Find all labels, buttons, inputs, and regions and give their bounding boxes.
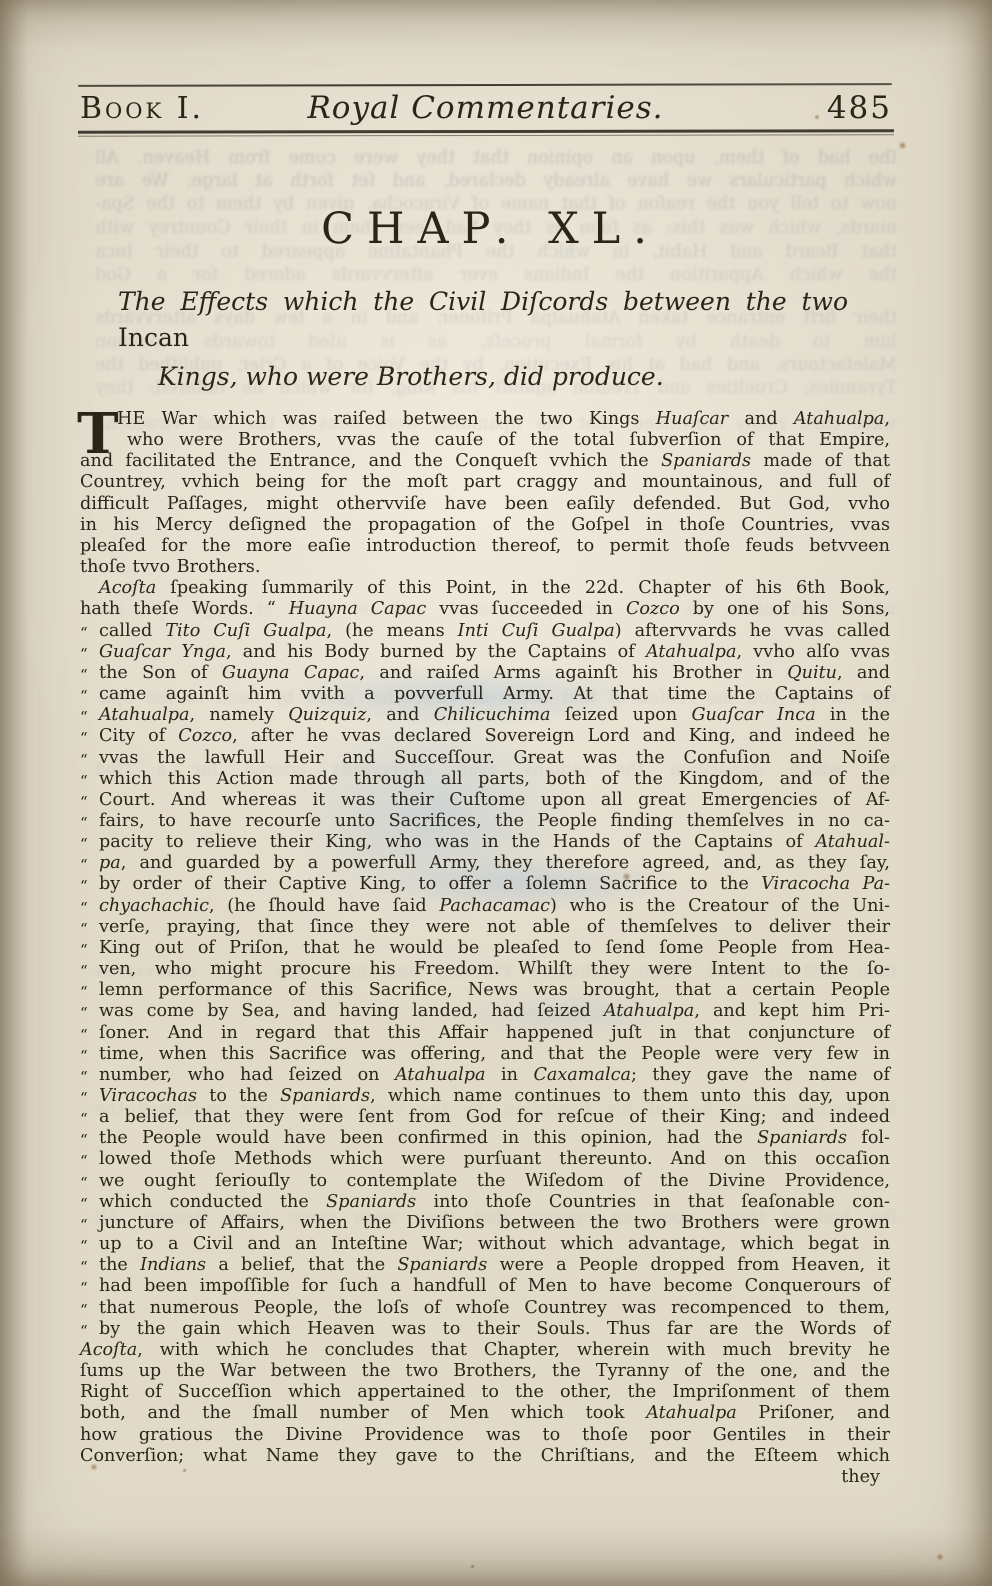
body-line: “time, when this Sacrifice was offering,… bbox=[99, 1044, 890, 1065]
foxing-spot bbox=[898, 141, 907, 150]
body-line: Acoſta ſpeaking ſummarily of this Point,… bbox=[80, 578, 890, 599]
running-title: Royal Commentaries. bbox=[204, 90, 827, 126]
roman-text: thoſe tvvo Brothers. bbox=[80, 557, 260, 577]
italic-text: Acoſta bbox=[99, 578, 156, 598]
roman-text: King out of Priſon, that he would be ple… bbox=[99, 938, 890, 958]
roman-text: Countrey, vvhich being for the moſt part… bbox=[80, 472, 890, 492]
margin-quote-mark: “ bbox=[80, 855, 86, 876]
roman-text: ſoner. And in regard that this Affair ha… bbox=[99, 1023, 890, 1043]
body-line: Acoſta, with which he concludes that Cha… bbox=[80, 1340, 890, 1361]
margin-quote-mark: “ bbox=[80, 1109, 86, 1130]
roman-text: the bbox=[99, 1255, 140, 1275]
body-line: “the Indians a belief, that the Spaniard… bbox=[99, 1255, 890, 1276]
roman-text: lemn performance of this Sacrifice, News… bbox=[99, 980, 890, 1000]
italic-text: Atahualpa bbox=[99, 705, 190, 725]
margin-quote-mark: “ bbox=[80, 728, 86, 749]
roman-text: by one of his Sons, bbox=[680, 599, 890, 619]
margin-quote-mark: “ bbox=[80, 1046, 86, 1067]
italic-text: Acoſta bbox=[80, 1340, 137, 1360]
body-line: who were Brothers, vvas the cauſe of the… bbox=[127, 430, 890, 451]
body-text: T HE War which was raiſed between the tw… bbox=[80, 409, 890, 1488]
foxing-spot bbox=[936, 1553, 944, 1561]
margin-quote-mark: “ bbox=[80, 644, 86, 665]
body-line: “juncture of Affairs, when the Diviſions… bbox=[99, 1213, 890, 1234]
roman-text: a belief, that they were ſent from God f… bbox=[99, 1107, 890, 1127]
roman-text: in his Mercy deſigned the propagation of… bbox=[80, 515, 890, 535]
margin-quote-mark: “ bbox=[80, 623, 86, 644]
chapter-heading: CHAP. XL. bbox=[78, 204, 890, 254]
body-line: “verſe, praying, that ſince they were no… bbox=[99, 917, 890, 938]
roman-text: pleaſed for the more eaſie introduction … bbox=[80, 536, 890, 556]
catchword: they bbox=[80, 1467, 890, 1488]
italic-text: Kings, who were Brothers, did produce. bbox=[158, 362, 664, 391]
italic-text: Viracochas bbox=[99, 1086, 197, 1106]
roman-text: , which name continues to them unto this… bbox=[370, 1086, 890, 1106]
roman-text: difficult Paſſages, might othervviſe hav… bbox=[80, 494, 890, 514]
italic-text: Atahual- bbox=[815, 832, 890, 852]
roman-text: number, who had ſeized on bbox=[99, 1065, 395, 1085]
body-line: “a belief, that they were ſent from God … bbox=[99, 1107, 890, 1128]
roman-text: , and raiſed Arms againſt his Brother in bbox=[359, 663, 787, 683]
margin-quote-mark: “ bbox=[80, 876, 86, 897]
italic-text: Spaniards bbox=[397, 1255, 487, 1275]
roman-text: in bbox=[486, 1065, 534, 1085]
margin-quote-mark: “ bbox=[80, 919, 86, 940]
roman-text: by order of their Captive King, to offer… bbox=[99, 874, 761, 894]
roman-text: and bbox=[728, 409, 794, 429]
body-line: and facilitated the Entrance, and the Co… bbox=[80, 451, 890, 472]
roman-text: , vvho alſo vvas bbox=[736, 642, 890, 662]
italic-text: Atahualpa bbox=[604, 1001, 695, 1021]
roman-text: called bbox=[99, 621, 165, 641]
italic-text: Cozco bbox=[626, 599, 680, 619]
italic-text: Guayna Capac bbox=[222, 663, 360, 683]
roman-text: ſpeaking ſummarily of this Point, in the… bbox=[156, 578, 890, 598]
roman-text: up to a Civil and an Inteſtine War; with… bbox=[99, 1234, 890, 1254]
italic-text: Guaſcar Ynga bbox=[99, 642, 226, 662]
roman-text: pacity to relieve their King, who was in… bbox=[99, 832, 815, 852]
subtitle-line: Kings, who were Brothers, did produce. bbox=[158, 359, 848, 395]
body-line: how gratious the Divine Providence was t… bbox=[80, 1425, 890, 1446]
roman-text: ſeized upon bbox=[551, 705, 692, 725]
italic-text: Viracocha Pa- bbox=[761, 874, 890, 894]
body-line: “we ought ſeriouſly to contemplate the W… bbox=[99, 1171, 890, 1192]
margin-quote-mark: “ bbox=[80, 940, 86, 961]
margin-quote-mark: “ bbox=[80, 1321, 86, 1342]
italic-text: Pachacamac bbox=[439, 896, 550, 916]
roman-text: had been impoſſible for ſuch a handfull … bbox=[99, 1276, 890, 1296]
roman-text: Incan bbox=[118, 323, 189, 352]
roman-text: juncture of Affairs, when the Diviſions … bbox=[99, 1213, 890, 1233]
italic-text: chyachachic bbox=[99, 896, 209, 916]
margin-quote-mark: “ bbox=[80, 898, 86, 919]
body-line: difficult Paſſages, might othervviſe hav… bbox=[80, 494, 890, 515]
roman-text: , and his Body burned by the Captains of bbox=[226, 642, 646, 662]
margin-quote-mark: “ bbox=[80, 1300, 86, 1321]
margin-quote-mark: “ bbox=[80, 1194, 86, 1215]
body-line: “by the gain which Heaven was to their S… bbox=[99, 1319, 890, 1340]
roman-text: time, when this Sacrifice was offering, … bbox=[99, 1044, 890, 1064]
roman-text: , and kept him Pri- bbox=[694, 1001, 890, 1021]
roman-text: the People would have been confirmed in … bbox=[99, 1128, 757, 1148]
body-line: “which this Action made through all part… bbox=[99, 769, 890, 790]
body-line: “Court. And whereas it was their Cuſtome… bbox=[99, 790, 890, 811]
body-line: “Guaſcar Ynga, and his Body burned by th… bbox=[99, 642, 890, 663]
roman-text: Priſoner, and bbox=[737, 1403, 890, 1423]
italic-text: Caxamalca bbox=[533, 1065, 631, 1085]
roman-text: to the bbox=[197, 1086, 280, 1106]
roman-text: , and bbox=[366, 705, 433, 725]
body-line: “chyachachic, (he ſhould have ſaid Pacha… bbox=[99, 896, 890, 917]
body-line: Converſion; what Name they gave to the C… bbox=[80, 1446, 890, 1467]
roman-text: ; they gave the name of bbox=[631, 1065, 890, 1085]
body-line: hath theſe Words. “ Huayna Capac vvas ſu… bbox=[80, 599, 890, 620]
roman-text: ven, who might procure his Freedom. Whil… bbox=[99, 959, 890, 979]
roman-text: Court. And whereas it was their Cuſtome … bbox=[99, 790, 890, 810]
margin-quote-mark: “ bbox=[80, 1088, 86, 1109]
roman-text: that numerous People, the loſs of whoſe … bbox=[99, 1298, 890, 1318]
book-label: Book I. bbox=[80, 91, 204, 126]
margin-quote-mark: “ bbox=[80, 1173, 86, 1194]
body-line: ſums up the War between the two Brothers… bbox=[80, 1361, 890, 1382]
italic-text: Indians bbox=[140, 1255, 206, 1275]
roman-text: a belief, that the bbox=[206, 1255, 397, 1275]
roman-text: ) who is the Creatour of the Uni- bbox=[550, 896, 890, 916]
body-line: “that numerous People, the loſs of whoſe… bbox=[99, 1298, 890, 1319]
body-line: “ſoner. And in regard that this Affair h… bbox=[99, 1023, 890, 1044]
margin-quote-mark: “ bbox=[80, 1025, 86, 1046]
italic-text: The Effects which the Civil Diſcords bet… bbox=[118, 287, 848, 316]
margin-quote-mark: “ bbox=[80, 665, 86, 686]
roman-text: made of that bbox=[751, 451, 890, 471]
body-line: thoſe tvvo Brothers. bbox=[80, 557, 890, 578]
italic-text: Tito Cuſi Gualpa bbox=[165, 621, 326, 641]
margin-quote-mark: “ bbox=[80, 1151, 86, 1172]
body-line: “number, who had ſeized on Atahualpa in … bbox=[99, 1065, 890, 1086]
roman-text: fairs, to have recourſe unto Sacrifices,… bbox=[99, 811, 890, 831]
body-line: “lowed thoſe Methods which were purſuant… bbox=[99, 1149, 890, 1170]
roman-text: both, and the ſmall number of Men which … bbox=[80, 1403, 646, 1423]
roman-text: , and bbox=[837, 663, 890, 683]
italic-text: Guaſcar Inca bbox=[692, 705, 816, 725]
body-line: “fairs, to have recourſe unto Sacrifices… bbox=[99, 811, 890, 832]
italic-text: Huayna Capac bbox=[289, 599, 427, 619]
body-line: “the Son of Guayna Capac, and raiſed Arm… bbox=[99, 663, 890, 684]
roman-text: we ought ſeriouſly to contemplate the Wi… bbox=[99, 1171, 890, 1191]
italic-text: Atahualpa bbox=[395, 1065, 486, 1085]
body-line: “the People would have been confirmed in… bbox=[99, 1128, 890, 1149]
margin-quote-mark: “ bbox=[80, 834, 86, 855]
italic-text: Quitu bbox=[787, 663, 837, 683]
italic-text: Cozco bbox=[178, 726, 232, 746]
body-line: in his Mercy deſigned the propagation of… bbox=[80, 515, 890, 536]
roman-text: , (he means bbox=[326, 621, 457, 641]
roman-text: and facilitated the Entrance, and the Co… bbox=[80, 451, 661, 471]
italic-text: Spaniards bbox=[661, 451, 751, 471]
roman-text: vvas ſucceeded in bbox=[426, 599, 626, 619]
body-line: “City of Cozco, after he vvas declared S… bbox=[99, 726, 890, 747]
roman-text: Right of Succeſſion which appertained to… bbox=[80, 1382, 890, 1402]
italic-text: Chilicuchima bbox=[434, 705, 551, 725]
header-rule-top bbox=[78, 83, 892, 87]
bleedthrough-line: which particulars we have already declar… bbox=[95, 171, 897, 191]
roman-text: ) aftervvards he vvas called bbox=[615, 621, 890, 641]
italic-text: Atahualpa bbox=[646, 642, 737, 662]
roman-text: which this Action made through all parts… bbox=[99, 769, 890, 789]
roman-text: they bbox=[841, 1467, 880, 1487]
roman-text: vvas the lawfull Heir and Succeſſour. Gr… bbox=[99, 748, 890, 768]
roman-text: in the bbox=[816, 705, 890, 725]
roman-text: , after he vvas declared Sovereign Lord … bbox=[232, 726, 890, 746]
subtitle-line: The Effects which the Civil Diſcords bet… bbox=[118, 284, 848, 356]
body-line: “Atahualpa, namely Quizquiz, and Chilicu… bbox=[99, 705, 890, 726]
bleedthrough-line: ſhe had of them, upon an opinion that th… bbox=[95, 148, 897, 168]
italic-text: Spaniards bbox=[326, 1192, 416, 1212]
body-line: “ven, who might procure his Freedom. Whi… bbox=[99, 959, 890, 980]
roman-text: the Son of bbox=[99, 663, 222, 683]
body-line: Countrey, vvhich being for the moſt part… bbox=[80, 472, 890, 493]
roman-text: came againſt him vvith a povverfull Army… bbox=[99, 684, 890, 704]
roman-text: , bbox=[884, 409, 890, 429]
chapter-subtitle: The Effects which the Civil Diſcords bet… bbox=[118, 284, 848, 395]
margin-quote-mark: “ bbox=[80, 813, 86, 834]
roman-text: how gratious the Divine Providence was t… bbox=[80, 1425, 890, 1445]
body-line: both, and the ſmall number of Men which … bbox=[80, 1403, 890, 1424]
roman-text: Converſion; what Name they gave to the C… bbox=[80, 1446, 890, 1466]
italic-text: Atahualpa bbox=[794, 409, 885, 429]
roman-text: which conducted the bbox=[99, 1192, 326, 1212]
roman-text: , and guarded by a powerfull Army, they … bbox=[121, 853, 890, 873]
page-header: Book I. Royal Commentaries. 485 bbox=[80, 90, 892, 126]
margin-quote-mark: “ bbox=[80, 771, 86, 792]
header-rule-bottom bbox=[78, 129, 894, 136]
margin-quote-mark: “ bbox=[80, 1215, 86, 1236]
margin-quote-mark: “ bbox=[80, 686, 86, 707]
book-page-scan: ſhe had of them, upon an opinion that th… bbox=[0, 0, 992, 1586]
body-line: “was come by Sea, and having landed, had… bbox=[99, 1001, 890, 1022]
body-line: “which conducted the Spaniards into thoſ… bbox=[99, 1192, 890, 1213]
italic-text: pa bbox=[99, 853, 121, 873]
roman-text: HE War which was raiſed between the two … bbox=[117, 409, 656, 429]
italic-text: Spaniards bbox=[757, 1128, 847, 1148]
body-line: “up to a Civil and an Inteſtine War; wit… bbox=[99, 1234, 890, 1255]
roman-text: into thoſe Countries in that ſeaſonable … bbox=[416, 1192, 890, 1212]
roman-text: verſe, praying, that ſince they were not… bbox=[99, 917, 890, 937]
roman-text: ſums up the War between the two Brothers… bbox=[80, 1361, 890, 1381]
body-line: “called Tito Cuſi Gualpa, (he means Inti… bbox=[99, 621, 890, 642]
roman-text: fol- bbox=[847, 1128, 890, 1148]
body-line: Right of Succeſſion which appertained to… bbox=[80, 1382, 890, 1403]
body-line: “lemn performance of this Sacrifice, New… bbox=[99, 980, 890, 1001]
body-line: pleaſed for the more eaſie introduction … bbox=[80, 536, 890, 557]
roman-text: hath theſe Words. “ bbox=[80, 599, 289, 619]
roman-text: , namely bbox=[190, 705, 289, 725]
body-line: “King out of Priſon, that he would be pl… bbox=[99, 938, 890, 959]
margin-quote-mark: “ bbox=[80, 961, 86, 982]
body-line: “vvas the lawfull Heir and Succeſſour. G… bbox=[99, 748, 890, 769]
margin-quote-mark: “ bbox=[80, 982, 86, 1003]
margin-quote-mark: “ bbox=[80, 792, 86, 813]
margin-quote-mark: “ bbox=[80, 1278, 86, 1299]
foxing-spot bbox=[470, 1564, 475, 1569]
roman-text: were a People dropped from Heaven, it bbox=[487, 1255, 890, 1275]
roman-text: was come by Sea, and having landed, had … bbox=[99, 1001, 604, 1021]
roman-text: City of bbox=[99, 726, 178, 746]
italic-text: Atahualpa bbox=[646, 1403, 737, 1423]
roman-text: lowed thoſe Methods which were purſuant … bbox=[99, 1149, 890, 1169]
body-line: “by order of their Captive King, to offe… bbox=[99, 874, 890, 895]
bleedthrough-line: the which Apparition the Indians ever af… bbox=[95, 265, 897, 285]
roman-text: , (he ſhould have ſaid bbox=[209, 896, 439, 916]
page-number: 485 bbox=[827, 90, 892, 126]
body-line: “came againſt him vvith a povverfull Arm… bbox=[99, 684, 890, 705]
margin-quote-mark: “ bbox=[80, 750, 86, 771]
margin-quote-mark: “ bbox=[80, 1003, 86, 1024]
body-line: “pacity to relieve their King, who was i… bbox=[99, 832, 890, 853]
body-line: HE War which was raiſed between the two … bbox=[117, 409, 890, 430]
italic-text: Spaniards bbox=[280, 1086, 370, 1106]
margin-quote-mark: “ bbox=[80, 1236, 86, 1257]
roman-text: , with which he concludes that Chapter, … bbox=[137, 1340, 890, 1360]
body-line: “had been impoſſible for ſuch a handfull… bbox=[99, 1276, 890, 1297]
italic-text: Quizquiz bbox=[288, 705, 366, 725]
margin-quote-mark: “ bbox=[80, 707, 86, 728]
margin-quote-mark: “ bbox=[80, 1067, 86, 1088]
margin-quote-mark: “ bbox=[80, 1257, 86, 1278]
body-line: “pa, and guarded by a powerfull Army, th… bbox=[99, 853, 890, 874]
body-line: “Viracochas to the Spaniards, which name… bbox=[99, 1086, 890, 1107]
italic-text: Inti Cuſi Gualpa bbox=[458, 621, 615, 641]
roman-text: who were Brothers, vvas the cauſe of the… bbox=[127, 430, 890, 450]
roman-text: by the gain which Heaven was to their So… bbox=[99, 1319, 890, 1339]
italic-text: Huaſcar bbox=[656, 409, 728, 429]
margin-quote-mark: “ bbox=[80, 1130, 86, 1151]
